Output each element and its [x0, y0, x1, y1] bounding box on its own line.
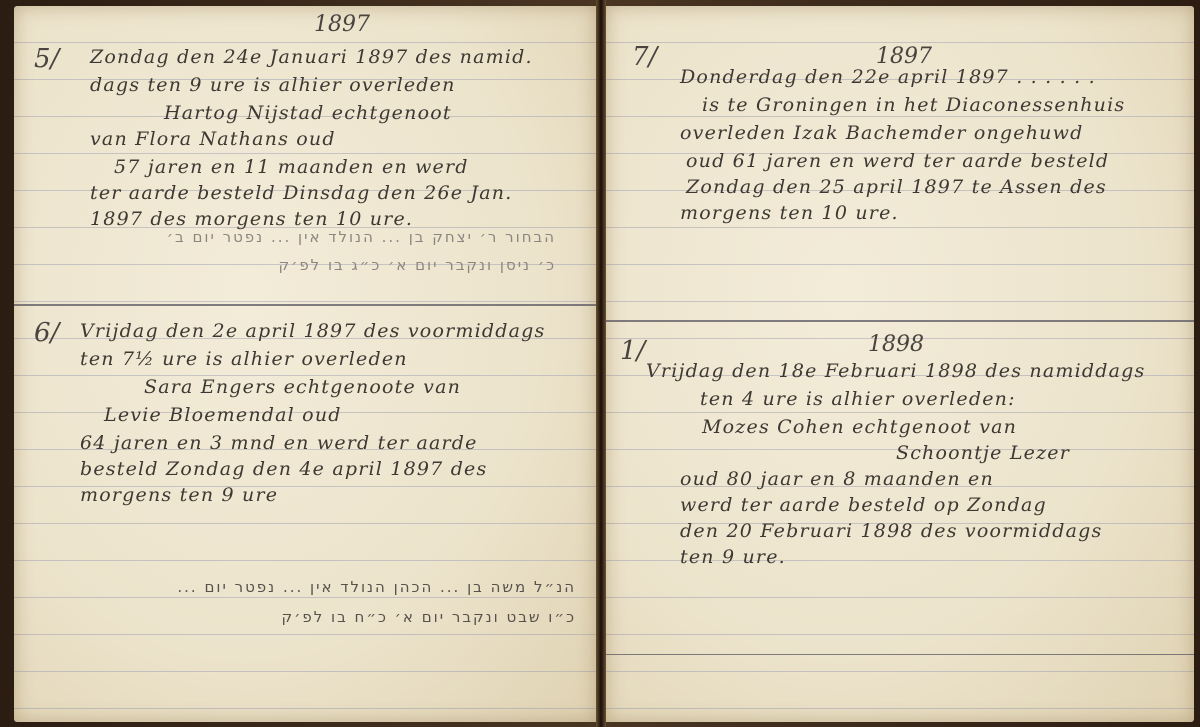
entry-line: ter aarde besteld Dinsdag den 26e Jan.: [90, 182, 512, 204]
entry-line: 64 jaren en 3 mnd en werd ter aarde: [80, 432, 478, 454]
hebrew-line: הנ״ל משה בן ... הכהן הנולד אין ... נפטר …: [177, 578, 576, 596]
entry-line: oud 80 jaar en 8 maanden en: [680, 468, 994, 490]
entry-line: 1897 des morgens ten 10 ure.: [90, 208, 413, 230]
hebrew-line: כ״ו שבט ונקבר יום א׳ כ״ח בו לפ׳ק: [281, 608, 576, 626]
right-page: 7/ 1897 Donderdag den 22e april 1897 . .…: [606, 6, 1194, 722]
year-heading: 1897: [314, 12, 370, 37]
entry-line: Levie Bloemendal oud: [104, 404, 342, 426]
entry-line: werd ter aarde besteld op Zondag: [680, 494, 1047, 516]
entry-line: Donderdag den 22e april 1897 . . . . . .: [680, 66, 1096, 88]
entry-number: 6/: [34, 318, 59, 348]
entry-line: Mozes Cohen echtgenoot van: [702, 416, 1017, 438]
entry-line: Sara Engers echtgenoote van: [144, 376, 461, 398]
entry-divider: [606, 320, 1194, 322]
entry-line: morgens ten 9 ure: [80, 484, 278, 506]
hebrew-line: כ׳ ניסן ונקבר יום א׳ כ״ג בו לפ׳ק: [278, 256, 556, 274]
entry-number: 7/: [632, 42, 657, 72]
hebrew-line: הבחור ר׳ יצחק בן ... הנולד אין ... נפטר …: [167, 228, 556, 246]
entry-line: dags ten 9 ure is alhier overleden: [90, 74, 456, 96]
year-heading: 1898: [868, 332, 924, 357]
entry-line: ten 7½ ure is alhier overleden: [80, 348, 408, 370]
entry-line: van Flora Nathans oud: [90, 128, 336, 150]
entry-number: 1/: [620, 336, 645, 366]
entry-line: ten 9 ure.: [680, 546, 786, 568]
entry-line: morgens ten 10 ure.: [680, 202, 899, 224]
entry-line: Hartog Nijstad echtgenoot: [164, 102, 452, 124]
entry-line: is te Groningen in het Diaconessenhuis: [702, 94, 1125, 116]
entry-line: Vrijdag den 2e april 1897 des voormiddag…: [80, 320, 545, 342]
entry-number: 5/: [34, 44, 59, 74]
entry-line: overleden Izak Bachemder ongehuwd: [680, 122, 1083, 144]
entry-divider: [14, 304, 596, 306]
page-rule: [606, 654, 1194, 655]
book-spine: [596, 0, 606, 727]
entry-line: besteld Zondag den 4e april 1897 des: [80, 458, 487, 480]
entry-line: 57 jaren en 11 maanden en werd: [114, 156, 469, 178]
entry-line: den 20 Februari 1898 des voormiddags: [680, 520, 1102, 542]
entry-line: Zondag den 25 april 1897 te Assen des: [686, 176, 1107, 198]
entry-line: oud 61 jaren en werd ter aarde besteld: [686, 150, 1109, 172]
entry-line: Vrijdag den 18e Februari 1898 des namidd…: [646, 360, 1145, 382]
entry-line: Zondag den 24e Januari 1897 des namid.: [90, 46, 533, 68]
ledger-book: 1897 5/ Zondag den 24e Januari 1897 des …: [0, 0, 1200, 727]
entry-line: Schoontje Lezer: [896, 442, 1070, 464]
entry-line: ten 4 ure is alhier overleden:: [700, 388, 1016, 410]
